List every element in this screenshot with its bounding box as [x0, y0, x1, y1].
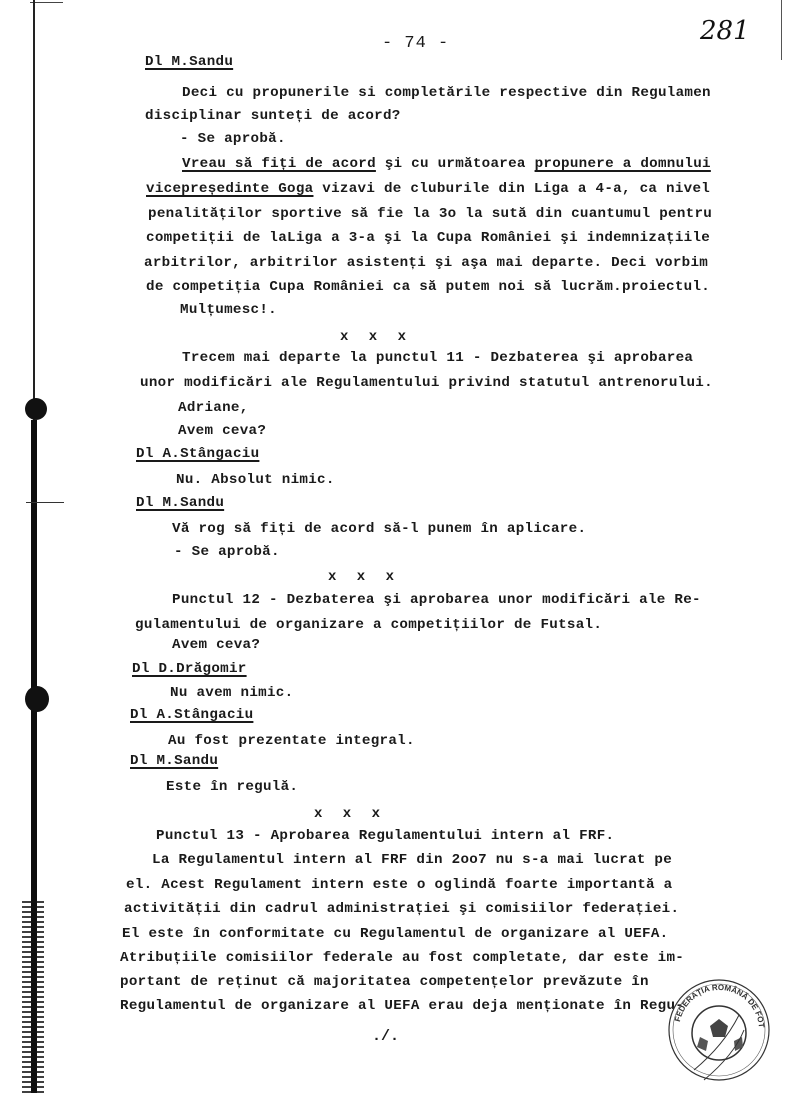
text-line: disciplinar sunteți de acord? [145, 108, 401, 124]
football-stamp-icon: FEDERAȚIA ROMÂNĂ DE FOTBAL [664, 975, 774, 1085]
text-line: Avem ceva? [172, 637, 260, 653]
text-line: Nu. Absolut nimic. [176, 472, 335, 488]
section-separator: x x x [314, 806, 386, 822]
text-line: Regulamentul de organizare al UEFA erau … [120, 998, 684, 1014]
text-line: Este în regulă. [166, 779, 298, 795]
speaker-name: Dl M.Sandu [136, 495, 224, 511]
text-line: portant de reținut că majoritatea compet… [120, 974, 649, 990]
text-line: Vă rog să fiți de acord să-l punem în ap… [172, 521, 586, 537]
text-line: - Se aprobă. [174, 544, 280, 560]
text-line: competiții de laLiga a 3-a şi la Cupa Ro… [146, 230, 710, 246]
speaker-name: Dl A.Stângaciu [136, 446, 259, 462]
text-line: Nu avem nimic. [170, 685, 293, 701]
underlined-text: Vreau să fiți de acord [182, 156, 376, 172]
svg-text:FEDERAȚIA ROMÂNĂ DE FOTBAL: FEDERAȚIA ROMÂNĂ DE FOTBAL [664, 975, 766, 1028]
speaker-name: Dl A.Stângaciu [130, 707, 253, 723]
text-line: unor modificări ale Regulamentului privi… [140, 375, 713, 391]
section-separator: x x x [328, 569, 400, 585]
text-line: Avem ceva? [178, 423, 266, 439]
text-span: vizavi de cluburile din Liga a 4-a, ca n… [313, 181, 710, 197]
text-line: gulamentului de organizare a competițiil… [135, 617, 602, 633]
speaker-name: Dl D.Drăgomir [132, 661, 247, 677]
text-span: şi cu următoarea [376, 156, 535, 172]
text-line: Mulțumesc!. [180, 302, 277, 318]
speaker-name: Dl M.Sandu [130, 753, 218, 769]
section-separator: x x x [340, 329, 412, 345]
text-line: Au fost prezentate integral. [168, 733, 415, 749]
text-line: El este în conformitate cu Regulamentul … [122, 926, 668, 942]
text-line: Atribuțiile comisiilor federale au fost … [120, 950, 684, 966]
text-line: vicepreședinte Goga vizavi de cluburile … [146, 181, 710, 197]
margin-line [781, 0, 782, 60]
underlined-text: propunere a domnului [535, 156, 711, 172]
binding-strip [30, 0, 40, 1093]
text-line: - Se aprobă. [180, 131, 286, 147]
text-line: activității din cadrul administrației şi… [124, 901, 679, 917]
speaker-name: Dl M.Sandu [145, 54, 233, 70]
text-line: Vreau să fiți de acord şi cu următoarea … [182, 156, 711, 172]
continuation-mark: ./. [372, 1028, 399, 1045]
text-line: La Regulamentul intern al FRF din 2oo7 n… [152, 852, 672, 868]
text-line: penalităților sportive să fie la 3o la s… [148, 206, 712, 222]
document-page: - 74 - 281 Dl M.Sandu Deci cu propuneril… [0, 0, 790, 1093]
punch-hole-icon [25, 398, 47, 420]
text-line: Trecem mai departe la punctul 11 - Dezba… [182, 350, 693, 366]
punch-hole-icon [25, 686, 49, 712]
text-line: Punctul 12 - Dezbaterea şi aprobarea uno… [172, 592, 701, 608]
text-line: de competiția Cupa României ca să putem … [146, 279, 710, 295]
handwritten-folio-number: 281 [700, 16, 750, 46]
text-line: Adriane, [178, 400, 249, 416]
text-line: el. Acest Regulament intern este o oglin… [126, 877, 672, 893]
text-line: Deci cu propunerile si completările resp… [182, 85, 711, 101]
text-line: arbitrilor, arbitrilor asistenți şi aşa … [144, 255, 708, 271]
text-line: Punctul 13 - Aprobarea Regulamentului in… [156, 828, 614, 844]
page-number: - 74 - [382, 34, 449, 53]
underlined-text: vicepreședinte Goga [146, 181, 313, 197]
